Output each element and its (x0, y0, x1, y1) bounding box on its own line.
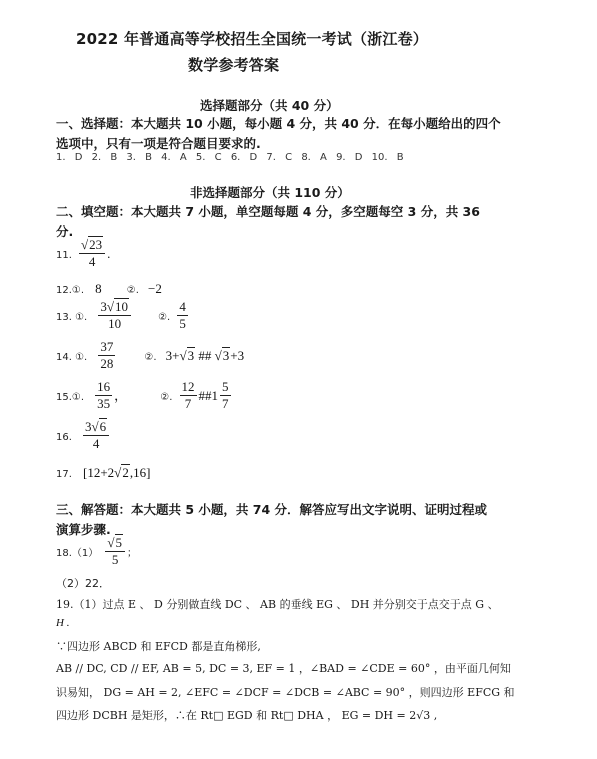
part1-instruction-line1: 一、选择题：本大题共 10 小题，每小题 4 分，共 40 分．在每小题给出的四… (56, 114, 501, 132)
q16-label: 16. (56, 432, 72, 443)
part3-instruction-line1: 三、解答题：本大题共 5 小题，共 74 分．解答应写出文字说明、证明过程或 (56, 500, 487, 518)
answer-q14: 14. ①. 37 28 ②. 3+√3 ## √3+3 (56, 340, 244, 371)
answer-8: 8. A (301, 152, 327, 163)
answer-7: 7. C (266, 152, 292, 163)
document-title: 2022 年普通高等学校招生全国统一考试（浙江卷） (76, 28, 428, 49)
q15-label: 15.①. (56, 392, 84, 403)
answer-1: 1. D (56, 152, 82, 163)
answer-10: 10. B (372, 152, 404, 163)
q18-label: 18.（1） (56, 548, 98, 559)
answer-3: 3. B (126, 152, 152, 163)
part1-heading: 选择题部分（共 40 分） (200, 96, 339, 114)
answer-4: 4. A (161, 152, 187, 163)
q19-line6: 四边形 DCBH 是矩形，∴在 Rt□ EGD 和 Rt□ DHA ， EG =… (56, 707, 437, 723)
part2-heading: 非选择题部分（共 110 分） (190, 183, 350, 201)
q11-fraction: √23 4 (79, 238, 105, 269)
q19-line5: 识易知， DG = AH = 2, ∠EFC = ∠DCF = ∠DCB = ∠… (56, 684, 515, 700)
answer-6: 6. D (231, 152, 257, 163)
q14-label: 14. ①. (56, 352, 87, 363)
answer-q12: 12.①. 8 ②. −2 (56, 278, 162, 297)
answer-q17: 17. [12+2√2,16] (56, 462, 150, 481)
document-subtitle: 数学参考答案 (188, 54, 279, 75)
answer-2: 2. B (92, 152, 118, 163)
q12-label: 12.①. (56, 285, 84, 296)
part2-instruction-line1: 二、填空题：本大题共 7 小题，单空题每题 4 分，多空题每空 3 分，共 36 (56, 202, 480, 220)
q17-label: 17. (56, 469, 72, 480)
q19-line3: ∵四边形 ABCD 和 EFCD 都是直角梯形, (56, 638, 261, 654)
q13-label: 13. ①. (56, 312, 87, 323)
answer-q15: 15.①. 16 35 ， ②. 12 7 ##1 5 7 (56, 380, 233, 411)
answer-q18-part1: 18.（1） √5 5 ； (56, 536, 137, 567)
q19-line1: 19.（1）过点 E 、 D 分别做直线 DC 、 AB 的垂线 EG 、 DH… (56, 596, 499, 612)
answer-q18-part2: （2）22． (56, 575, 110, 591)
answer-q13: 13. ①. 3√10 10 ②. 4 5 (56, 300, 190, 331)
answer-q16: 16. 3√6 4 (56, 420, 111, 451)
answer-q11: 11. √23 4 . (56, 238, 110, 269)
part1-instruction-line2: 选项中，只有一项是符合题目要求的. (56, 134, 261, 152)
q11-label: 11. (56, 250, 72, 261)
answer-5: 5. C (196, 152, 222, 163)
choice-answers: 1. D 2. B 3. B 4. A 5. C 6. D 7. C 8. A … (56, 152, 404, 163)
q19-line4: AB // DC, CD // EF, AB = 5, DC = 3, EF =… (56, 660, 511, 676)
answer-9: 9. D (336, 152, 362, 163)
q19-line2: H . (56, 617, 69, 629)
